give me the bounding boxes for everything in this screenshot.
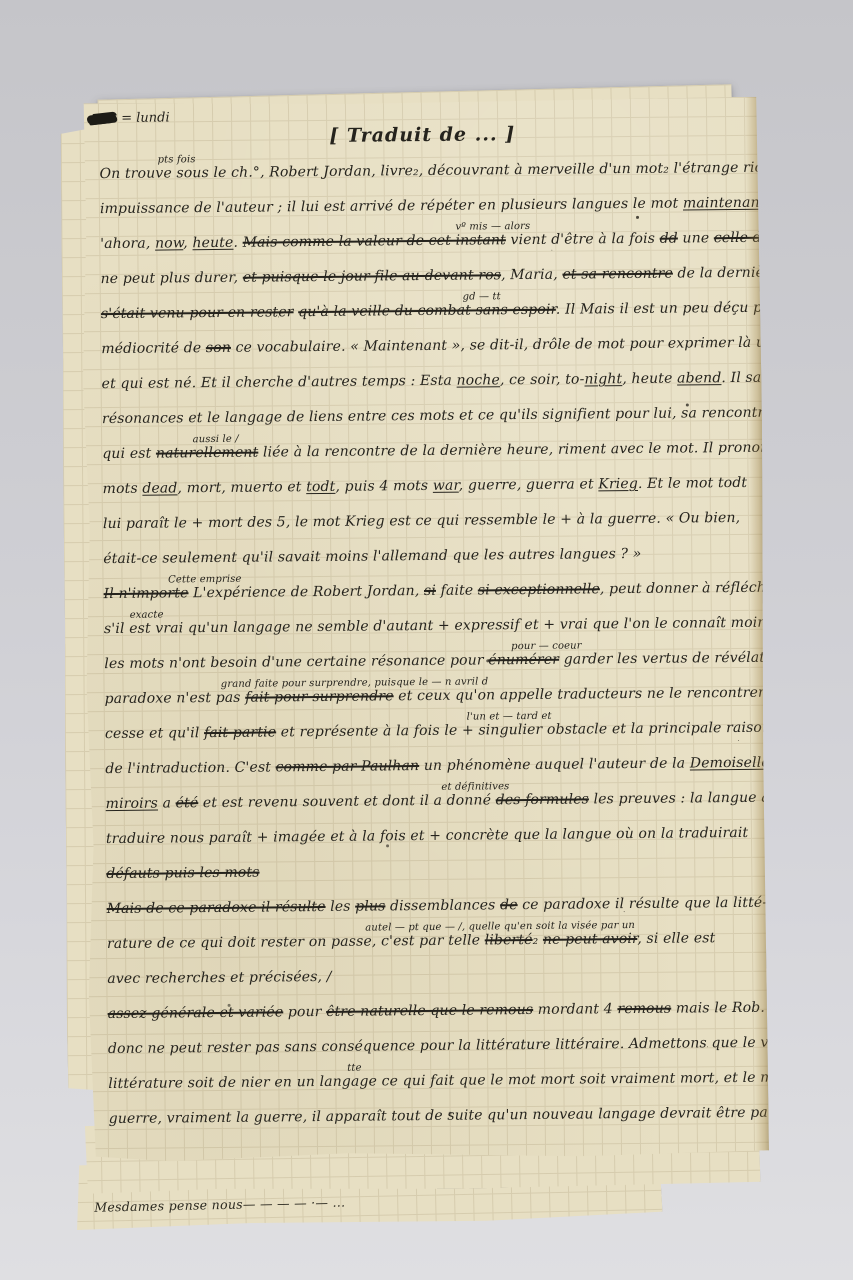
interline-insertion: vº mis — alors <box>455 222 530 233</box>
manuscript-line-text: guerre, vraiment la guerre, il apparaît … <box>109 1104 769 1127</box>
scribbled-out-word <box>87 112 118 125</box>
interline-insertion: l'un et — tard et <box>467 712 552 723</box>
manuscript-lines: pts foisOn trouve sous le ch.°, Robert J… <box>99 151 754 1137</box>
page-title: [ Traduit de ... ] <box>99 121 745 149</box>
interline-insertion: exacte <box>130 610 164 620</box>
manuscript-line-text: médiocrité de son ce vocabulaire. « Main… <box>101 334 769 357</box>
manuscript-line-text: défauts puis les mots <box>106 865 259 882</box>
interline-insertion: et définitives <box>441 782 509 793</box>
manuscript-line-text: On trouve sous le ch.°, Robert Jordan, l… <box>100 159 770 182</box>
manuscript-line-text: s'il est vrai qu'un langage ne semble d'… <box>104 614 769 637</box>
manuscript-line-text: de l'intraduction. C'est comme par Paulh… <box>105 754 769 777</box>
manuscript-line-text: avec recherches et précisées, / <box>107 969 331 987</box>
corner-note: = lundi <box>87 110 170 126</box>
manuscript-page: = lundi [ Traduit de ... ] pts foisOn tr… <box>79 97 769 1165</box>
manuscript-line-text: miroirs a été et est revenu souvent et d… <box>106 790 770 812</box>
corner-note-text: = lundi <box>121 110 170 125</box>
manuscript-line-text: littérature soit de nier en un langage c… <box>108 1070 769 1093</box>
manuscript-line: guerre, vraiment la guerre, il apparaît … <box>109 1096 755 1137</box>
manuscript-line-text: Mais de ce paradoxe il résulte les plus … <box>107 895 768 917</box>
manuscript-line-text: rature de ce qui doit rester on passe, c… <box>107 930 716 952</box>
manuscript-line-text: traduire nous paraît + imagée et à la fo… <box>106 825 748 847</box>
interline-insertion: gd — tt <box>463 292 501 302</box>
page-content: = lundi [ Traduit de ... ] pts foisOn tr… <box>79 97 769 1165</box>
manuscript-line-text: les mots n'ont besoin d'une certaine rés… <box>104 649 769 673</box>
interline-insertion: pts fois <box>158 155 196 165</box>
manuscript-photo: 1 8aCadAetfq Mesdames pense nous— — — — … <box>0 0 853 1280</box>
manuscript-line-text: était-ce seulement qu'il savait moins l'… <box>103 546 641 567</box>
manuscript-line-text: résonances et le langage de liens entre … <box>102 404 769 427</box>
manuscript-line-text: s'était venu pour en rester qu'à la veil… <box>101 299 769 322</box>
interline-insertion: tte <box>347 1064 362 1074</box>
manuscript-line-text: ne peut plus durer, et puisque le jour f… <box>101 264 770 287</box>
manuscript-line-text: assez générale et variée pour être natur… <box>108 999 769 1022</box>
manuscript-line-text: 'ahora, now, heute. Mais comme la valeur… <box>100 228 769 252</box>
manuscript-line-text: impuissance de l'auteur ; il lui est arr… <box>100 194 769 218</box>
interline-insertion: Cette emprise <box>168 575 242 586</box>
manuscript-line-text: et qui est né. Et il cherche d'autres te… <box>102 369 770 392</box>
partial-handwritten-line: Mesdames pense nous— — — — ·— ... <box>94 1194 345 1214</box>
manuscript-line-text: lui paraît le + mort des 5, le mot Krieg… <box>103 510 740 532</box>
manuscript-line-text: mots dead, mort, muerto et todt, puis 4 … <box>103 475 748 497</box>
ink-specks <box>79 103 82 106</box>
interline-insertion: aussi le / <box>193 435 239 445</box>
interline-insertion: pour — coeur <box>511 641 582 652</box>
manuscript-line-text: donc ne peut rester pas sans conséquence… <box>108 1034 769 1057</box>
manuscript-line-text: cesse et qu'il fait partie et représente… <box>105 720 769 742</box>
